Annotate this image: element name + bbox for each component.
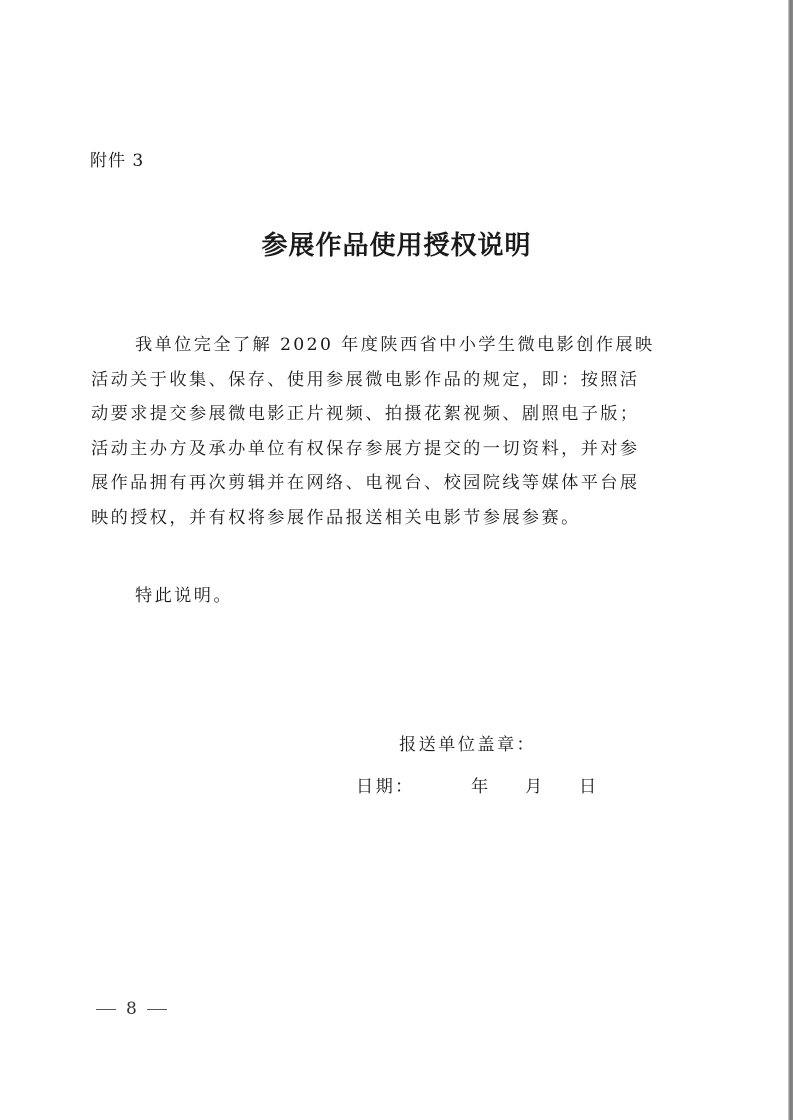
dash-right bbox=[147, 1009, 167, 1010]
page-number: 8 bbox=[96, 999, 167, 1019]
body-line: 我单位完全了解 2020 年度陕西省中小学生微电影创作展映 bbox=[91, 328, 691, 363]
body-line: 展作品拥有再次剪辑并在网络、电视台、校园院线等媒体平台展 bbox=[91, 466, 691, 501]
body-line: 活动关于收集、保存、使用参展微电影作品的规定，即：按照活 bbox=[91, 363, 691, 398]
page-number-value: 8 bbox=[126, 999, 137, 1019]
attachment-label: 附件 3 bbox=[90, 146, 144, 171]
document-title: 参展作品使用授权说明 bbox=[0, 225, 793, 262]
date-row: 日期： 年 月 日 bbox=[356, 772, 596, 797]
body-paragraph: 我单位完全了解 2020 年度陕西省中小学生微电影创作展映 活动关于收集、保存、… bbox=[91, 328, 691, 535]
scan-page-edge bbox=[788, 0, 793, 1120]
day-label: 日 bbox=[579, 772, 596, 797]
month-label: 月 bbox=[525, 772, 579, 797]
seal-label: 报送单位盖章： bbox=[399, 730, 536, 755]
closing-statement: 特此说明。 bbox=[135, 581, 233, 606]
year-label: 年 bbox=[471, 772, 525, 797]
document-title-text: 参展作品使用授权说明 bbox=[261, 231, 531, 261]
dash-left bbox=[96, 1009, 116, 1010]
date-label: 日期： bbox=[356, 772, 471, 797]
body-line: 动要求提交参展微电影正片视频、拍摄花絮视频、剧照电子版； bbox=[91, 397, 691, 432]
body-line: 活动主办方及承办单位有权保存参展方提交的一切资料，并对参 bbox=[91, 432, 691, 467]
body-line: 映的授权，并有权将参展作品报送相关电影节参展参赛。 bbox=[91, 501, 691, 536]
